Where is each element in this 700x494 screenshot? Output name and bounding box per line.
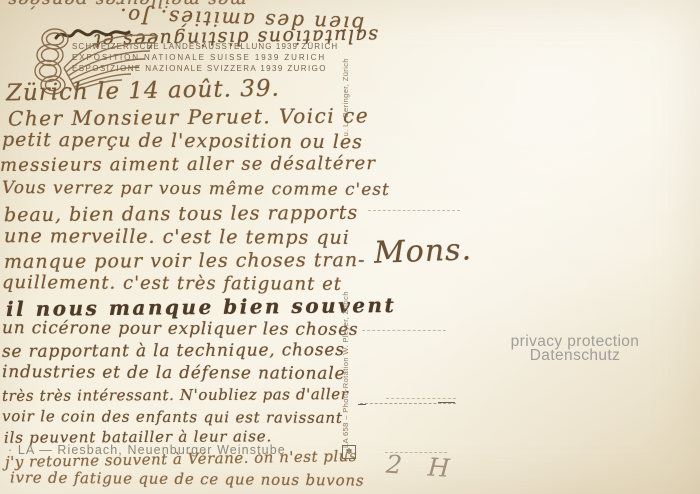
message-line-4: Vous verrez par vous même comme c'est xyxy=(2,178,390,200)
message-line-8: quillement. c'est très fatiguant et xyxy=(2,272,342,295)
credit-vertical: LA 658 – Photo-Rotation W. Pleyer, Züric… xyxy=(341,58,350,448)
message-line-9: il nous manque bien souvent xyxy=(6,293,396,321)
privacy-watermark: privacy protection Datenschutz xyxy=(492,335,658,363)
message-line-14: voir le coin des enfants qui est ravissa… xyxy=(2,407,343,427)
credit-part-1: LA 658 – Photo-Rotation W. Pleyer, Züric… xyxy=(341,291,350,448)
message-line-12: industries et de la défense nationale xyxy=(2,362,345,384)
address-guide-line-4-dark-end xyxy=(438,402,455,403)
privacy-watermark-line-2: Datenschutz xyxy=(492,349,658,363)
message-line-13: très très intéressant. N'oubliez pas d'a… xyxy=(2,385,349,405)
message-line-3: messieurs aiment aller se désaltérer xyxy=(0,153,376,176)
address-guide-line-1 xyxy=(368,210,460,211)
address-guide-line-2 xyxy=(362,330,446,331)
message-line-1: Cher Monsieur Peruet. Voici ce xyxy=(8,103,369,130)
message-line-7: manque pour voir les choses tran- xyxy=(4,249,366,273)
pencil-mark: 2 H xyxy=(385,450,460,484)
message-line-17: ivre de fatigue que de ce que nous buvon… xyxy=(10,468,365,489)
message-line-6: une merveille. c'est le temps qui xyxy=(4,225,350,249)
expo-stamp-text: SCHWEIZERISCHE LANDESAUSSTELLUNG 1939 ZÜ… xyxy=(72,41,338,74)
expo-stamp-line-french: EXPOSITION NATIONALE SUISSE 1939 ZURICH xyxy=(72,52,338,63)
credit-part-2: u. L. Beringer, Zürich xyxy=(341,58,350,136)
postcard-back: …mes meilleures pensées… bien des amitié… xyxy=(0,0,700,494)
expo-stamp-line-italian: ESPOSIZIONE NAZIONALE SVIZZERA 1939 ZURI… xyxy=(72,63,338,74)
message-line-5: beau, bien dans tous les rapports xyxy=(4,202,358,226)
message-dateline: Zürich le 14 août. 39. xyxy=(6,76,280,107)
address-guide-line-3 xyxy=(386,398,456,399)
expo-stamp-line-german: SCHWEIZERISCHE LANDESAUSSTELLUNG 1939 ZÜ… xyxy=(72,41,338,52)
address-guide-line-4 xyxy=(360,403,456,404)
address-fragment: Mons. xyxy=(373,232,472,270)
message-line-11: se rapportant à la technique, choses xyxy=(2,340,345,362)
address-guide-line-4-dark-start xyxy=(358,404,366,405)
message-line-10: un cicérone pour expliquer les choses xyxy=(2,318,359,340)
message-line-2: petit aperçu de l'exposition ou les xyxy=(2,129,363,154)
